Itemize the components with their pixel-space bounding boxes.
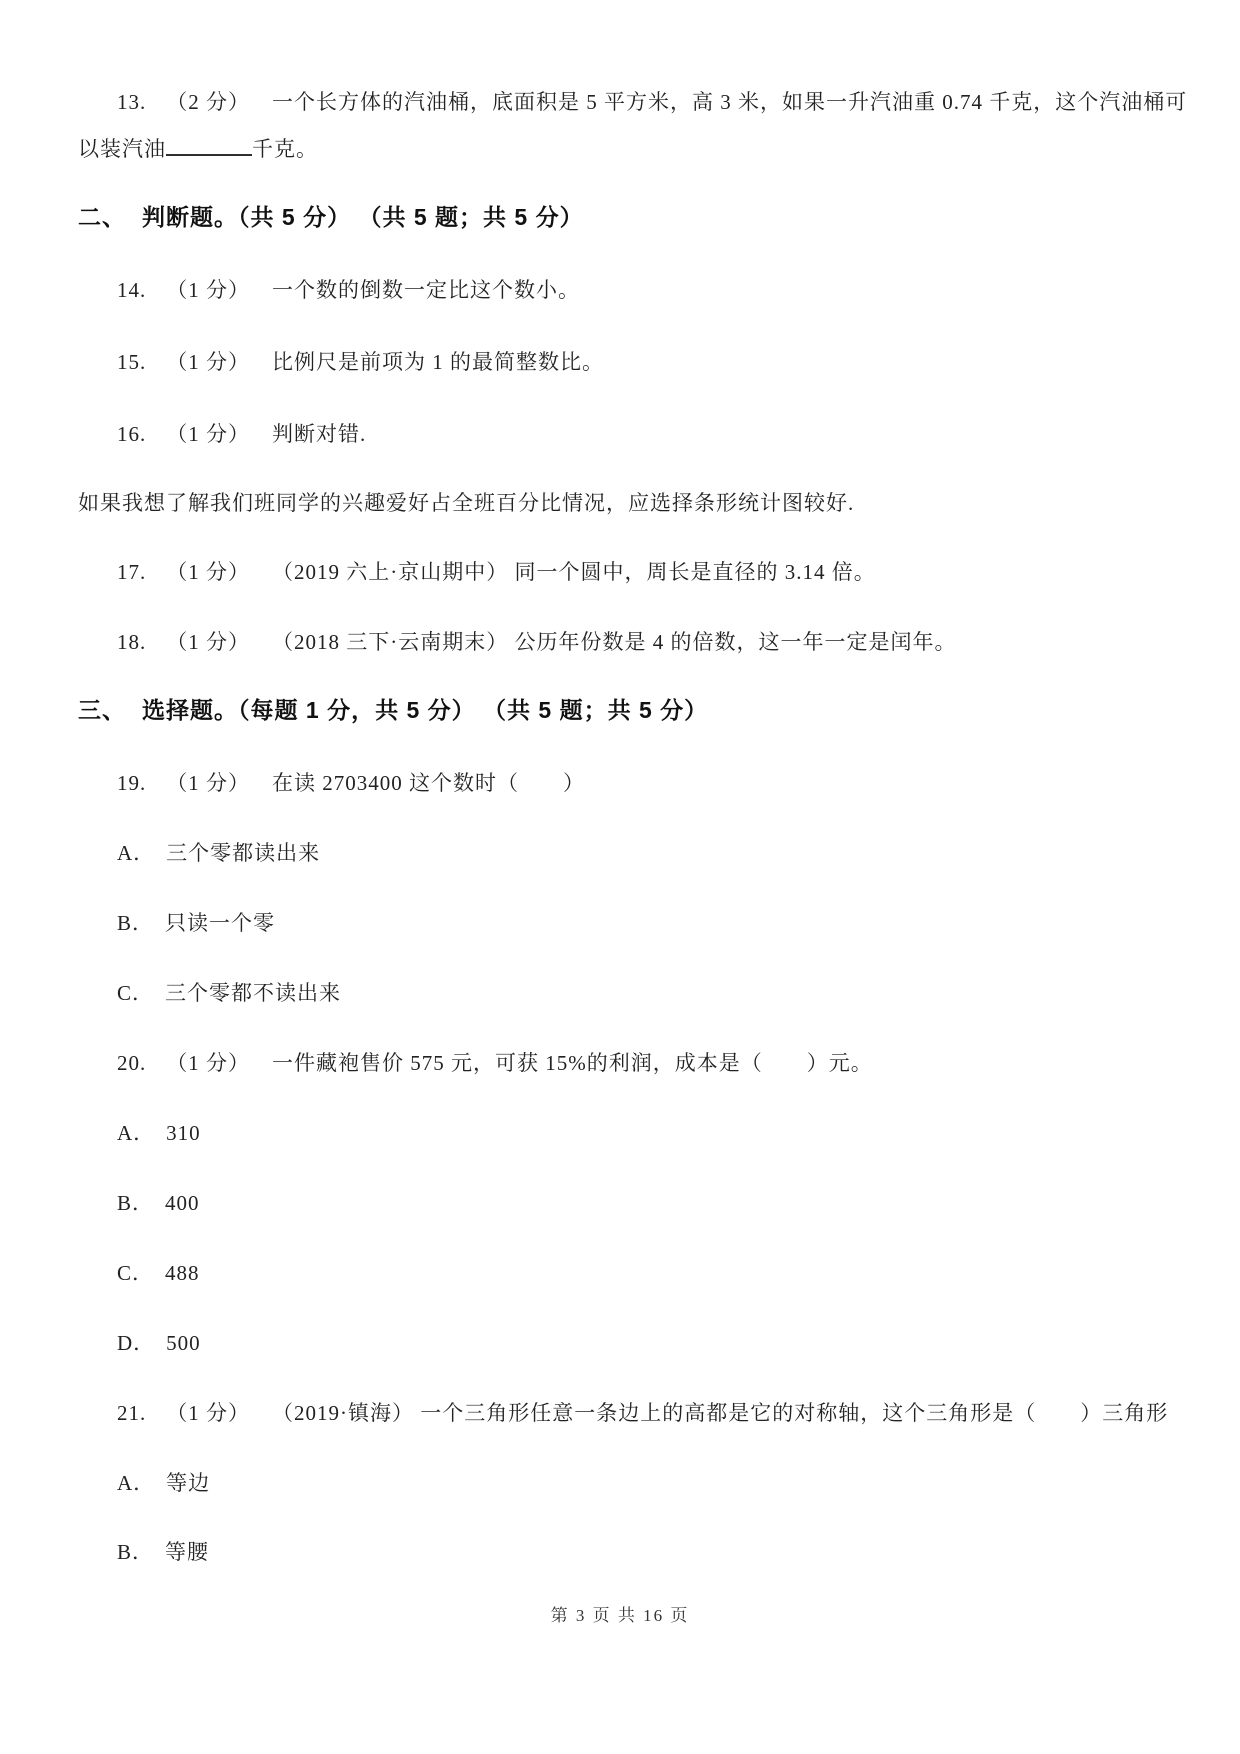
question-20-score: （1 分） bbox=[166, 1049, 250, 1077]
question-13: 13.（2 分）一个长方体的汽油桶，底面积是 5 平方米，高 3 米，如果一升汽… bbox=[117, 88, 1187, 116]
section-heading-multiple-choice: 三、选择题。（每题 1 分，共 5 分） （共 5 题；共 5 分） bbox=[78, 695, 708, 725]
question-19-option-a: A．三个零都读出来 bbox=[117, 839, 320, 867]
question-13-cont-prefix: 以装汽油 bbox=[78, 137, 166, 161]
question-14-score: （1 分） bbox=[166, 276, 250, 304]
option-label: C． bbox=[117, 979, 154, 1007]
question-13-cont-suffix: 千克。 bbox=[252, 137, 318, 161]
question-21-score: （1 分） bbox=[166, 1399, 250, 1427]
option-text: 500 bbox=[166, 1331, 201, 1355]
option-label: A． bbox=[117, 1469, 155, 1497]
option-label: A． bbox=[117, 1119, 155, 1147]
question-21: 21.（1 分）（2019·镇海） 一个三角形任意一条边上的高都是它的对称轴，这… bbox=[117, 1399, 1168, 1427]
question-17-score: （1 分） bbox=[166, 558, 250, 586]
question-21-text: （2019·镇海） 一个三角形任意一条边上的高都是它的对称轴，这个三角形是（ ）… bbox=[272, 1401, 1168, 1425]
question-21-option-a: A．等边 bbox=[117, 1469, 210, 1497]
option-text: 310 bbox=[166, 1121, 201, 1145]
question-18-score: （1 分） bbox=[166, 628, 250, 656]
question-20-option-b: B．400 bbox=[117, 1189, 200, 1217]
question-21-number: 21. bbox=[117, 1399, 146, 1427]
question-13-score: （2 分） bbox=[166, 88, 250, 116]
question-13-number: 13. bbox=[117, 88, 146, 116]
option-label: A． bbox=[117, 839, 155, 867]
option-text: 只读一个零 bbox=[165, 911, 275, 935]
option-text: 等边 bbox=[166, 1471, 210, 1495]
question-14-text: 一个数的倒数一定比这个数小。 bbox=[272, 278, 580, 302]
question-15: 15.（1 分）比例尺是前项为 1 的最简整数比。 bbox=[117, 348, 604, 376]
question-19-number: 19. bbox=[117, 769, 146, 797]
question-16-continuation-text: 如果我想了解我们班同学的兴趣爱好占全班百分比情况，应选择条形统计图较好. bbox=[78, 491, 854, 515]
question-16: 16.（1 分）判断对错. bbox=[117, 420, 366, 448]
question-20-number: 20. bbox=[117, 1049, 146, 1077]
question-13-continuation: 以装汽油千克。 bbox=[78, 133, 318, 163]
question-19-text: 在读 2703400 这个数时（ ） bbox=[272, 771, 585, 795]
question-20: 20.（1 分）一件藏袍售价 575 元，可获 15%的利润，成本是（ ）元。 bbox=[117, 1049, 873, 1077]
question-18-number: 18. bbox=[117, 628, 146, 656]
question-19-option-b: B．只读一个零 bbox=[117, 909, 275, 937]
question-19-option-c: C．三个零都不读出来 bbox=[117, 979, 341, 1007]
option-label: B． bbox=[117, 1189, 154, 1217]
question-17-text: （2019 六上·京山期中） 同一个圆中，周长是直径的 3.14 倍。 bbox=[272, 560, 876, 584]
question-15-score: （1 分） bbox=[166, 348, 250, 376]
question-17-number: 17. bbox=[117, 558, 146, 586]
section-3-marker: 三、 bbox=[78, 695, 126, 725]
option-text: 三个零都读出来 bbox=[166, 841, 320, 865]
option-text: 三个零都不读出来 bbox=[165, 981, 341, 1005]
question-20-option-c: C．488 bbox=[117, 1259, 200, 1287]
section-2-marker: 二、 bbox=[78, 202, 126, 232]
page-number-footer: 第 3 页 共 16 页 bbox=[0, 1601, 1240, 1626]
question-15-number: 15. bbox=[117, 348, 146, 376]
option-label: C． bbox=[117, 1259, 154, 1287]
option-label: B． bbox=[117, 909, 154, 937]
section-heading-judgment: 二、判断题。（共 5 分） （共 5 题；共 5 分） bbox=[78, 202, 584, 232]
question-20-option-a: A．310 bbox=[117, 1119, 201, 1147]
option-label: B． bbox=[117, 1538, 154, 1566]
question-14-number: 14. bbox=[117, 276, 146, 304]
option-text: 488 bbox=[165, 1261, 200, 1285]
option-label: D． bbox=[117, 1329, 155, 1357]
question-20-option-d: D．500 bbox=[117, 1329, 201, 1357]
question-16-continuation: 如果我想了解我们班同学的兴趣爱好占全班百分比情况，应选择条形统计图较好. bbox=[78, 489, 854, 517]
question-19-score: （1 分） bbox=[166, 769, 250, 797]
question-16-score: （1 分） bbox=[166, 420, 250, 448]
question-17: 17.（1 分）（2019 六上·京山期中） 同一个圆中，周长是直径的 3.14… bbox=[117, 558, 876, 586]
question-18-text: （2018 三下·云南期末） 公历年份数是 4 的倍数，这一年一定是闰年。 bbox=[272, 630, 957, 654]
question-16-text: 判断对错. bbox=[272, 422, 366, 446]
exam-document-page: 13.（2 分）一个长方体的汽油桶，底面积是 5 平方米，高 3 米，如果一升汽… bbox=[0, 0, 1240, 1754]
answer-blank bbox=[166, 133, 252, 156]
question-15-text: 比例尺是前项为 1 的最简整数比。 bbox=[272, 350, 604, 374]
section-3-title: 选择题。（每题 1 分，共 5 分） （共 5 题；共 5 分） bbox=[142, 697, 708, 723]
question-13-text: 一个长方体的汽油桶，底面积是 5 平方米，高 3 米，如果一升汽油重 0.74 … bbox=[272, 90, 1187, 114]
question-20-text: 一件藏袍售价 575 元，可获 15%的利润，成本是（ ）元。 bbox=[272, 1051, 873, 1075]
question-21-option-b: B．等腰 bbox=[117, 1538, 209, 1566]
question-14: 14.（1 分）一个数的倒数一定比这个数小。 bbox=[117, 276, 580, 304]
question-16-number: 16. bbox=[117, 420, 146, 448]
option-text: 等腰 bbox=[165, 1540, 209, 1564]
section-2-title: 判断题。（共 5 分） （共 5 题；共 5 分） bbox=[142, 204, 584, 230]
option-text: 400 bbox=[165, 1191, 200, 1215]
question-18: 18.（1 分）（2018 三下·云南期末） 公历年份数是 4 的倍数，这一年一… bbox=[117, 628, 957, 656]
question-19: 19.（1 分）在读 2703400 这个数时（ ） bbox=[117, 769, 585, 797]
